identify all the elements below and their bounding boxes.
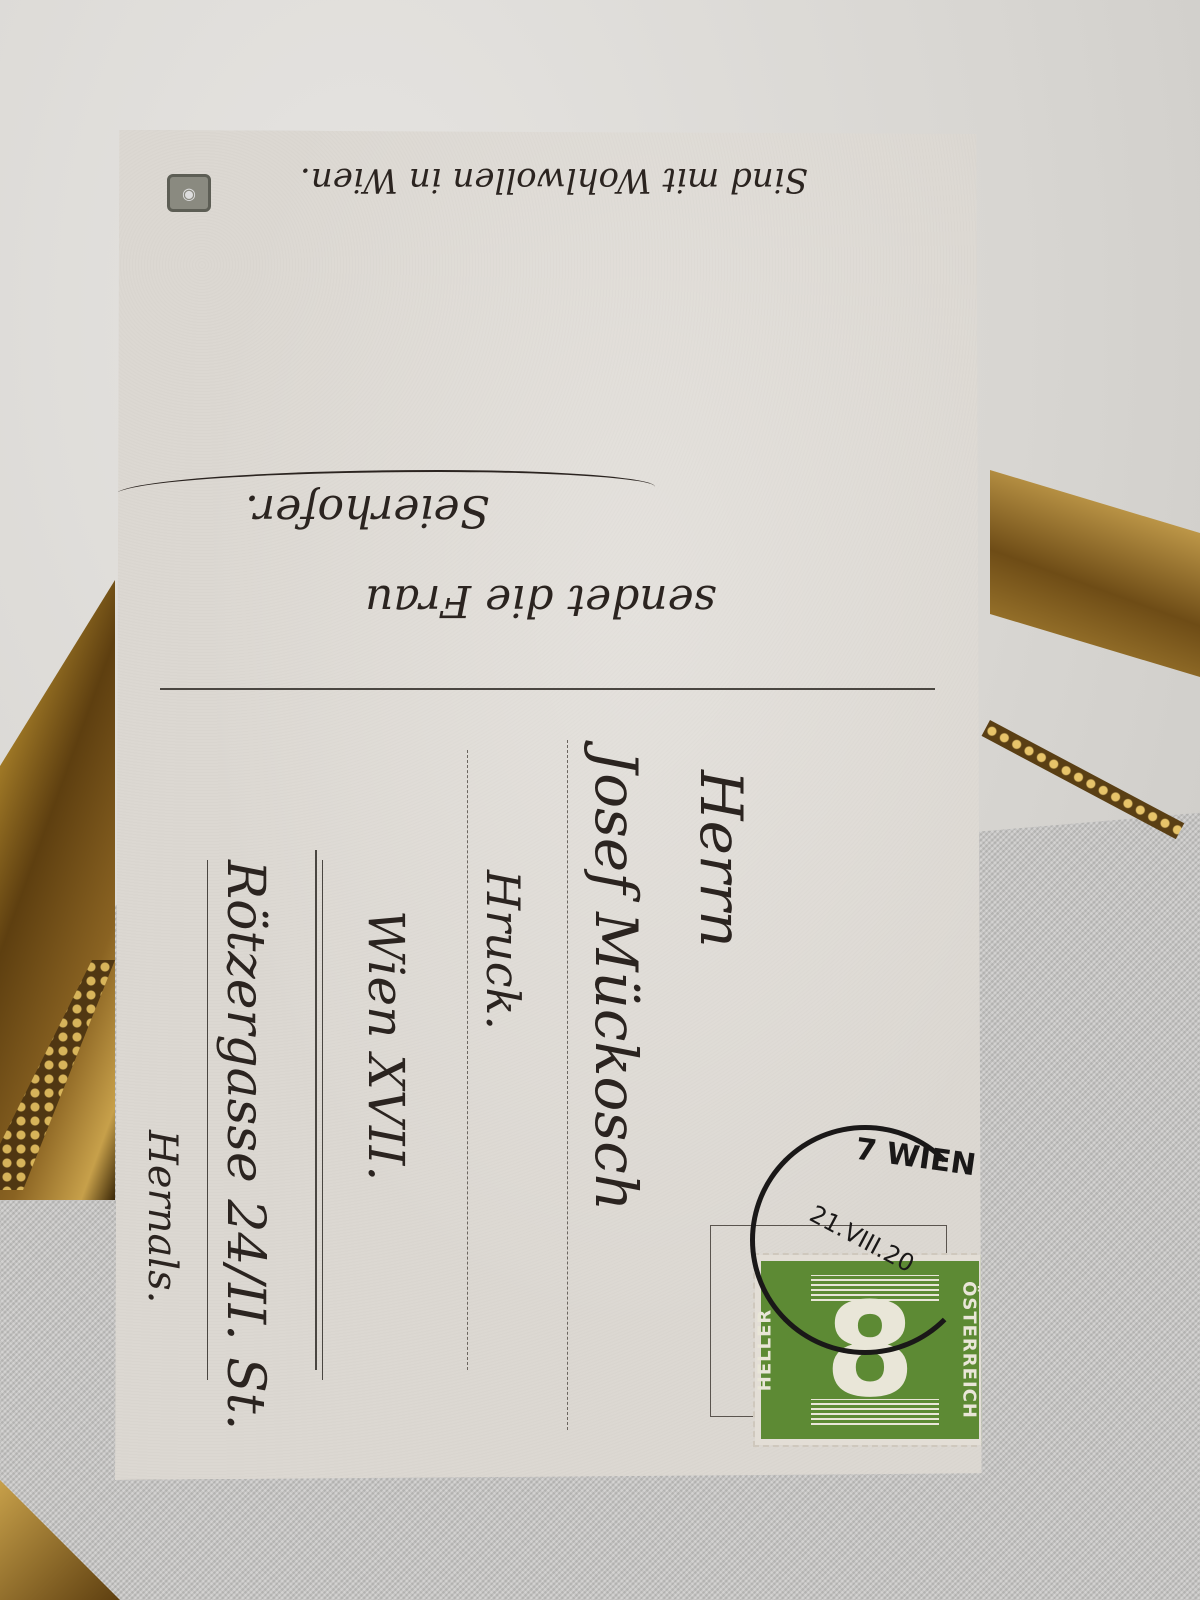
top-greeting-upside-down: Sind mit Wohlwollen in Wien. [300,160,808,200]
postcard: ◉ Sind mit Wohlwollen in Wien. Seierhofe… [115,130,985,1480]
stamp-currency: HELLER [755,1309,776,1391]
sender-line-upside-down: sendet die Frau [365,575,716,626]
address-salutation: Herrn [687,770,755,948]
address-city: Wien XVII. [357,910,415,1181]
address-name: Josef Mückosch [582,750,650,1211]
stamp-bars-bottom [811,1399,939,1425]
publisher-monogram-icon: ◉ [167,174,211,212]
sender-surname-upside-down: Seierhofer. [245,485,490,536]
address-guide-line-3 [315,850,317,1370]
message-address-divider [160,688,935,690]
address-occupation: Hruck. [476,870,530,1030]
address-guide-line-3b [322,860,323,1380]
address-district: Hernals. [139,1130,185,1303]
address-guide-line-4 [207,860,208,1380]
address-street: Rötzergasse 24/II. St. [215,860,275,1430]
address-guide-dash-2 [467,750,468,1370]
address-guide-dash-1 [567,740,568,1430]
